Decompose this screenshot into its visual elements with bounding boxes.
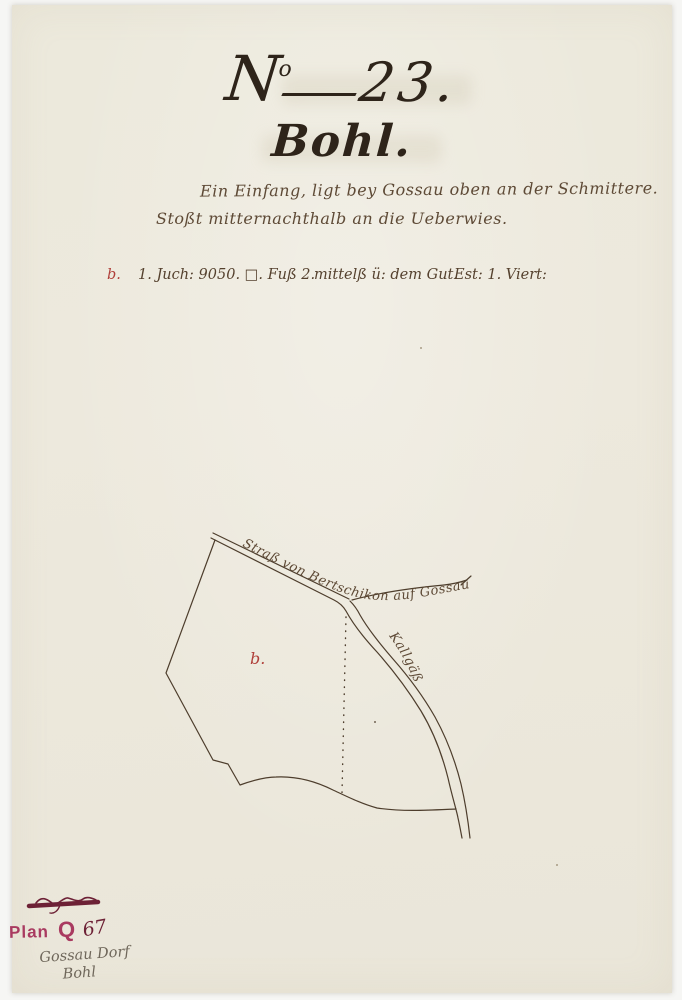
strikethrough-mark xyxy=(29,902,98,906)
scanned-plan-page: N o 23. Bohl. Ein Einfang, ligt bey Goss… xyxy=(0,0,682,1000)
struck-out-annotation xyxy=(29,897,98,913)
stamp-handwritten-number: 67 xyxy=(81,915,109,941)
stamp-series-letter: Q xyxy=(58,917,76,942)
archive-stamp: Plan Q 67 xyxy=(9,916,108,944)
stamp-plan-word: Plan xyxy=(9,922,49,942)
ink-speck xyxy=(374,721,376,723)
parcel-letter-label: b. xyxy=(250,649,265,668)
side-road-label: Kallgäßli: xyxy=(0,0,425,685)
paper-speck xyxy=(556,864,558,866)
parcel-sketch-map: Straß von Bertschikon auf Gossau Kallgäß… xyxy=(0,0,682,1000)
paper-speck xyxy=(420,347,422,349)
pencil-annotation: Gossau Dorf Bohl xyxy=(39,943,132,985)
road-south-right-line xyxy=(350,601,470,838)
parcel-division-dotted-line xyxy=(342,617,346,793)
